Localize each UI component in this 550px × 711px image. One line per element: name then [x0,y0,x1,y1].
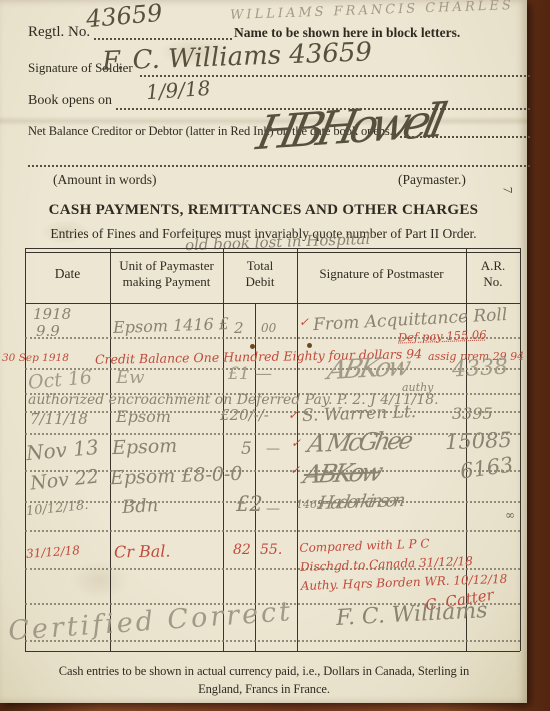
entry-debit-pounds: £2 [236,492,263,516]
red-check-mark: ✓ [288,408,298,422]
paper-stain [70,560,130,600]
table-vertical-rule [110,248,111,651]
entry-date-red: 31/12/18 [26,543,81,561]
side-page-number: 7 [499,187,515,194]
table-top-rule-2 [25,252,520,253]
table-row-rule [25,411,520,413]
col-header-total-debit: Total Debit [223,258,297,289]
infinity-mark: ∞ [505,508,515,522]
entry-date: Nov 13 [25,435,99,465]
block-letters-name: WILLIAMS FRANCIS CHARLES [230,0,514,23]
entry-unit: Bdn [121,495,158,518]
section-title: CASH PAYMENTS, REMITTANCES AND OTHER CHA… [0,202,527,219]
entry-unit-red: Cr Bal. [114,542,171,562]
red-check-mark: ✓ [299,315,309,329]
table-header-rule [25,303,520,304]
entry-signature-scrawl: ABKow [301,457,383,489]
entry-year: 1918 [33,305,71,323]
entry-unit: Epsom [116,407,171,426]
entry-unit: Epsom [112,435,178,459]
entry-debit-cents: 00 [261,321,276,335]
paymaster-signature-scrawl: HBHowell [252,93,445,161]
col-header-unit: Unit of Paymaster making Payment [110,258,223,289]
entry-signature-scrawl: ABKow [325,352,410,387]
entry-ar-no: 6163 [459,452,515,483]
entry-date: Oct 16 [27,366,93,394]
entry-debit-cents-red: 55. [260,542,282,558]
entry-ar-no: 15085 [445,428,513,454]
table-bottom-rule [25,651,520,652]
amount-in-words-label: (Amount in words) [53,172,157,188]
entry-debit-cents: — [266,501,280,517]
table-row-rule [25,530,520,532]
entry-date: 9.9 [36,322,60,340]
red-def-pay-note: Def pay 155 06 [398,327,487,344]
entry-debit: £1 — [228,364,272,384]
entry-signature: S. Warren Lt. [302,402,417,426]
regtl-no-label: Regtl. No. [28,24,90,41]
entry-unit: Epsom 1416 £ [113,314,230,337]
dotted-rule [94,38,232,40]
soldier-signature-value: F. C. Williams 43659 [102,37,373,76]
table-vertical-rule [223,248,224,651]
pay-book-page: Regtl. No. 43659 WILLIAMS FRANCIS CHARLE… [0,0,527,703]
entry-unit: Ew [116,367,145,388]
regtl-no-value: 43659 [85,0,164,33]
entry-debit: £20/-/- [220,406,269,424]
discharge-note-red: Compared with L P C Dischgd to Canada 31… [299,531,531,597]
entry-unit: Epsom £8-0-0 [110,463,243,490]
entry-debit-pounds: 5 [241,439,252,459]
entry-debit-cents: — [266,441,280,457]
col-header-signature: Signature of Postmaster [297,266,466,282]
entry-signature-scrawl: Hadorkinson [316,490,404,514]
table-row-rule [25,368,520,370]
red-balance-date: 30 Sep 1918 [2,352,69,364]
pay-book-scan: Regtl. No. 43659 WILLIAMS FRANCIS CHARLE… [0,0,550,711]
book-opens-value: 1/9/18 [145,76,211,104]
entry-debit-pounds-red: 82 [233,542,251,558]
entry-ar-no: 4338 [451,355,508,383]
col-header-ar-no: A.R. No. [466,258,520,289]
entry-ar-no: 3395 [452,404,493,423]
red-check-mark: ✓ [291,436,301,450]
entry-date: 7/11/18 [30,410,88,428]
table-top-rule [25,248,520,249]
footer-currency-note: Cash entries to be shown in actual curre… [14,662,514,698]
entry-debit-pounds: 2 [234,319,244,337]
table-vertical-rule [520,248,521,651]
dotted-rule [28,165,530,167]
book-opens-label: Book opens on [28,93,112,109]
red-check-mark: ✓ [290,463,300,477]
col-header-date: Date [25,266,110,282]
table-row-rule [25,470,520,472]
entry-signature-scrawl: A McGhee [306,426,413,458]
paymaster-label: (Paymaster.) [398,172,466,188]
encroachment-authy: authy [402,381,433,394]
